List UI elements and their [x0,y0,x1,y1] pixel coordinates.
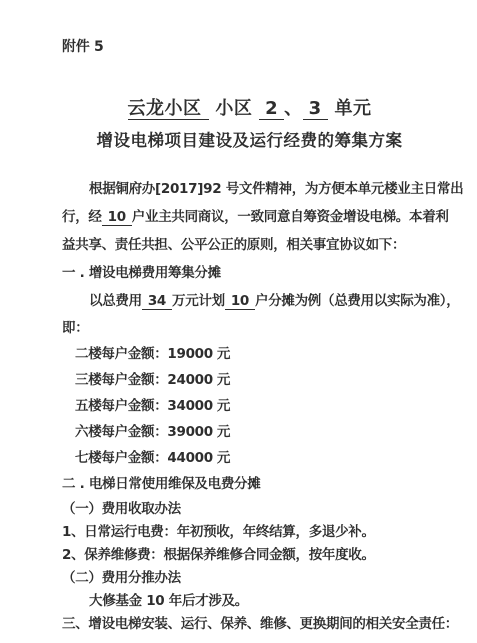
section-2-sub-1: （一）费用收取办法 [62,497,437,521]
fee-amount: 39000 [167,424,212,440]
section-2-note: 大修基金 10 年后才涉及。 [62,590,437,613]
doc-title-line2: 增设电梯项目建设及运行经费的筹集方案 [62,127,437,151]
fee-amount: 24000 [167,372,212,388]
title-mid-text: 小区 [215,98,252,119]
title-unit-suffix: 单元 [334,98,371,119]
example-households-underlined: 10 [225,293,255,310]
section-2-item-1: 1、日常运行电费：年初预收，年终结算，多退少补。 [62,521,437,544]
section-2-item-2: 2、保养维修费：根据保养维修合同金额，按年度收。 [62,544,437,567]
fee-table: 二楼每户金额：19000元 三楼每户金额：24000元 五楼每户金额：34000… [62,341,437,471]
fee-label: 每户金额： [101,346,167,362]
example-post-text: 户分摊为例（总费用以实际为准）， [255,293,459,309]
document-page: 附件 5 云龙小区 小区 2、3 单元 增设电梯项目建设及运行经费的筹集方案 根… [0,0,477,643]
section-1-example-line: 以总费用34万元计划10户分摊为例（总费用以实际为准）， [62,287,437,315]
fee-floor: 六楼 [75,424,101,440]
intro-line-2-post: 户业主共同商议，一致同意自筹资金增设电梯。本着利 [132,209,449,225]
intro-line-3: 益共享、责任共担、公平公正的原则，相关事宜协议如下： [62,231,437,259]
title-community-name: 云龙小区 [128,98,209,120]
fee-floor: 二楼 [75,346,101,362]
section-3-heading: 三、增设电梯安装、运行、保养、维修、更换期间的相关安全责任： [62,613,437,636]
fee-unit: 元 [217,450,230,466]
example-pre-text: 以总费用 [89,293,142,309]
title-enum-separator: 、 [284,98,303,119]
fee-label: 每户金额： [101,450,167,466]
fee-floor: 五楼 [75,398,101,414]
intro-paragraph: 根据铜府办[2017]92 号文件精神，为方便本单元楼业主日常出 行，经10户业… [62,175,437,259]
section-1-heading: 一 . 增设电梯费用筹集分摊 [62,259,437,287]
fee-row-floor-3: 三楼每户金额：24000元 [62,367,437,393]
fee-unit: 元 [217,424,230,440]
fee-unit: 元 [217,372,230,388]
fee-row-floor-7: 七楼每户金额：44000元 [62,445,437,471]
fee-row-floor-6: 六楼每户金额：39000元 [62,419,437,445]
fee-amount: 19000 [167,346,212,362]
attachment-label: 附件 5 [62,36,437,56]
fee-label: 每户金额： [101,398,167,414]
fee-floor: 三楼 [75,372,101,388]
section-2-sub-2: （二）费用分推办法 [62,567,437,590]
doc-title-line1: 云龙小区 小区 2、3 单元 [62,94,437,120]
example-mid-text: 万元计划 [172,293,225,309]
fee-amount: 34000 [167,398,212,414]
total-cost-underlined: 34 [142,293,172,310]
section-2: 二 . 电梯日常使用维保及电费分摊 （一）费用收取办法 1、日常运行电费：年初预… [62,471,437,636]
section-2-heading: 二 . 电梯日常使用维保及电费分摊 [62,471,437,497]
intro-line-2: 行，经10户业主共同商议，一致同意自筹资金增设电梯。本着利 [62,203,437,231]
intro-line-2-pre: 行，经 [62,209,102,225]
fee-unit: 元 [217,398,230,414]
title-unit-number-2: 3 [303,98,328,120]
fee-label: 每户金额： [101,372,167,388]
fee-unit: 元 [217,346,230,362]
fee-row-floor-5: 五楼每户金额：34000元 [62,393,437,419]
households-count-underlined: 10 [102,209,132,226]
fee-floor: 七楼 [75,450,101,466]
fee-row-floor-2: 二楼每户金额：19000元 [62,341,437,367]
intro-line-1: 根据铜府办[2017]92 号文件精神，为方便本单元楼业主日常出 [62,175,437,203]
example-tail-line: 即： [62,315,437,341]
fee-amount: 44000 [167,450,212,466]
fee-label: 每户金额： [101,424,167,440]
title-unit-number-1: 2 [259,98,284,120]
